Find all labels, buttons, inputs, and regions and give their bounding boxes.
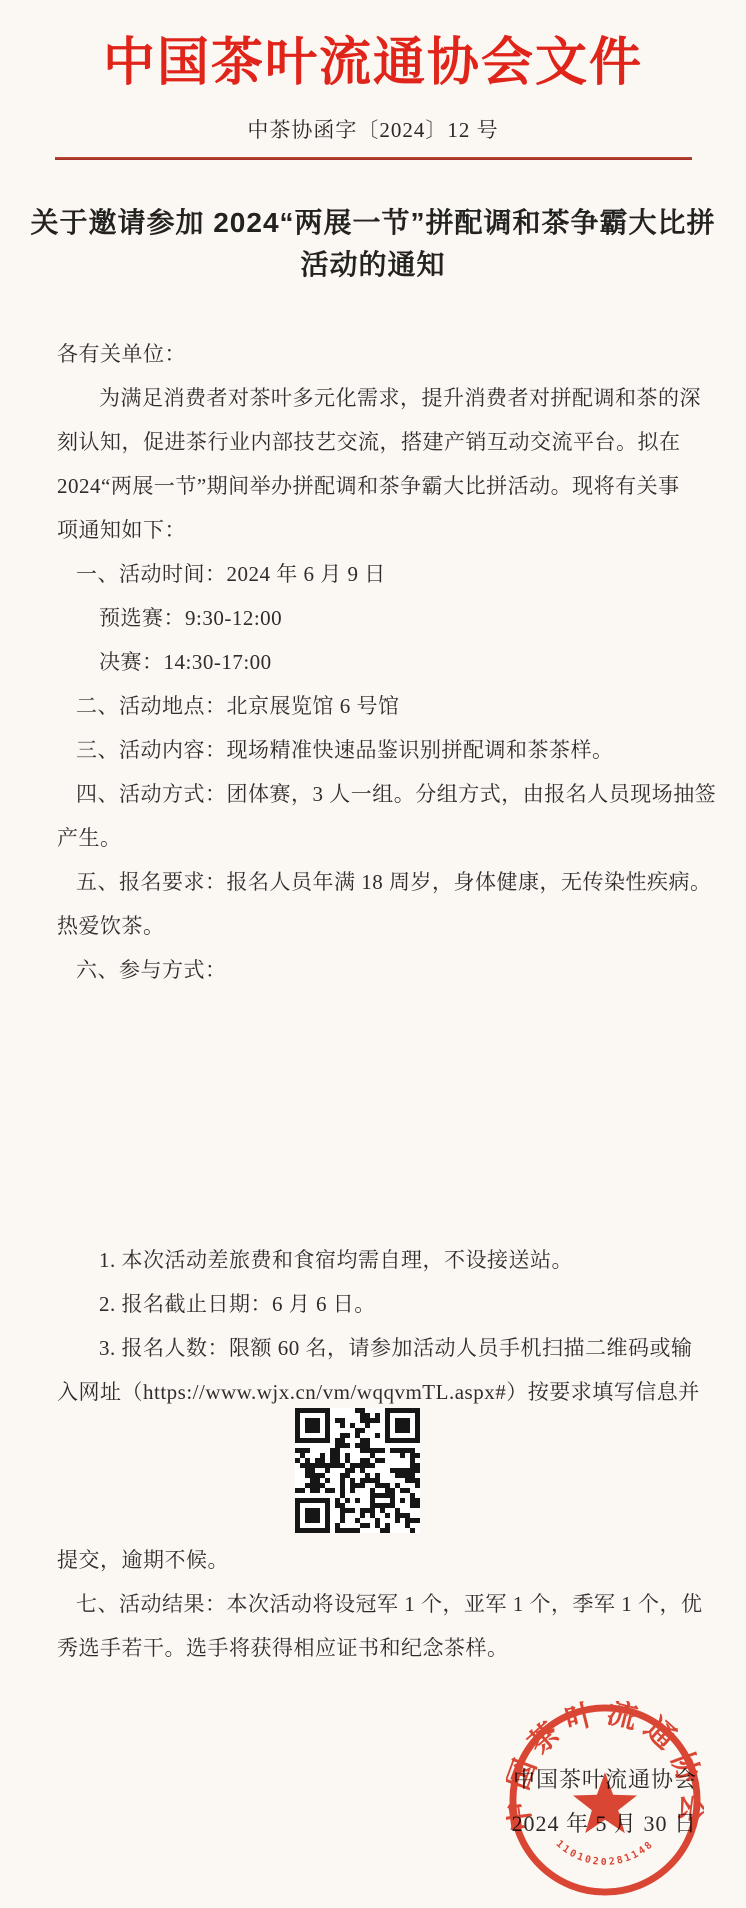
body-line: 1. 本次活动差旅费和食宿均需自理，不设接送站。	[0, 1238, 746, 1282]
body-line: 四、活动方式：团体赛，3 人一组。分组方式，由报名人员现场抽签	[0, 772, 746, 816]
document-page: 中国茶叶流通协会文件 中茶协函字〔2024〕12 号 关于邀请参加 2024“两…	[0, 0, 746, 1908]
letterhead-divider	[55, 157, 692, 160]
document-number: 中茶协函字〔2024〕12 号	[0, 115, 746, 145]
body-line: 热爱饮茶。	[0, 904, 746, 948]
body-line: 提交，逾期不候。	[0, 1538, 746, 1582]
body-line: 3. 报名人数：限额 60 名，请参加活动人员手机扫描二维码或输	[0, 1326, 746, 1370]
body-line: 预选赛：9:30-12:00	[0, 596, 746, 640]
body-line: 秀选手若干。选手将获得相应证书和纪念茶样。	[0, 1626, 746, 1670]
qr-code-container	[0, 1408, 746, 1538]
qr-code	[295, 1408, 420, 1533]
official-seal: 中国茶叶流通协会 1101020281148	[506, 1701, 704, 1899]
body-line: 六、参与方式：	[0, 948, 746, 992]
body-line: 产生。	[0, 816, 746, 860]
body-line: 为满足消费者对茶叶多元化需求，提升消费者对拼配调和茶的深	[0, 376, 746, 420]
document-title-line2: 活动的通知	[0, 244, 746, 286]
body-line: 2024“两展一节”期间举办拼配调和茶争霸大比拼活动。现将有关事	[0, 464, 746, 508]
document-title-line1: 关于邀请参加 2024“两展一节”拼配调和茶争霸大比拼	[0, 202, 746, 244]
star-icon	[573, 1772, 637, 1833]
seal-number: 1101020281148	[554, 1838, 657, 1867]
document-title: 关于邀请参加 2024“两展一节”拼配调和茶争霸大比拼 活动的通知	[0, 202, 746, 286]
body-text: 各有关单位：为满足消费者对茶叶多元化需求，提升消费者对拼配调和茶的深刻认知，促进…	[0, 332, 746, 1670]
body-line: 五、报名要求：报名人员年满 18 周岁，身体健康，无传染性疾病。	[0, 860, 746, 904]
org-letterhead-title: 中国茶叶流通协会文件	[0, 0, 746, 103]
body-line: 项通知如下：	[0, 508, 746, 552]
body-line: 三、活动内容：现场精准快速品鉴识别拼配调和茶茶样。	[0, 728, 746, 772]
blank-space	[0, 992, 746, 1238]
body-line: 七、活动结果：本次活动将设冠军 1 个，亚军 1 个，季军 1 个，优	[0, 1582, 746, 1626]
body-line: 一、活动时间：2024 年 6 月 9 日	[0, 552, 746, 596]
body-line: 刻认知，促进茶行业内部技艺交流，搭建产销互动交流平台。拟在	[0, 420, 746, 464]
body-line: 2. 报名截止日期：6 月 6 日。	[0, 1282, 746, 1326]
body-line: 各有关单位：	[0, 332, 746, 376]
body-line: 决赛：14:30-17:00	[0, 640, 746, 684]
body-line: 二、活动地点：北京展览馆 6 号馆	[0, 684, 746, 728]
